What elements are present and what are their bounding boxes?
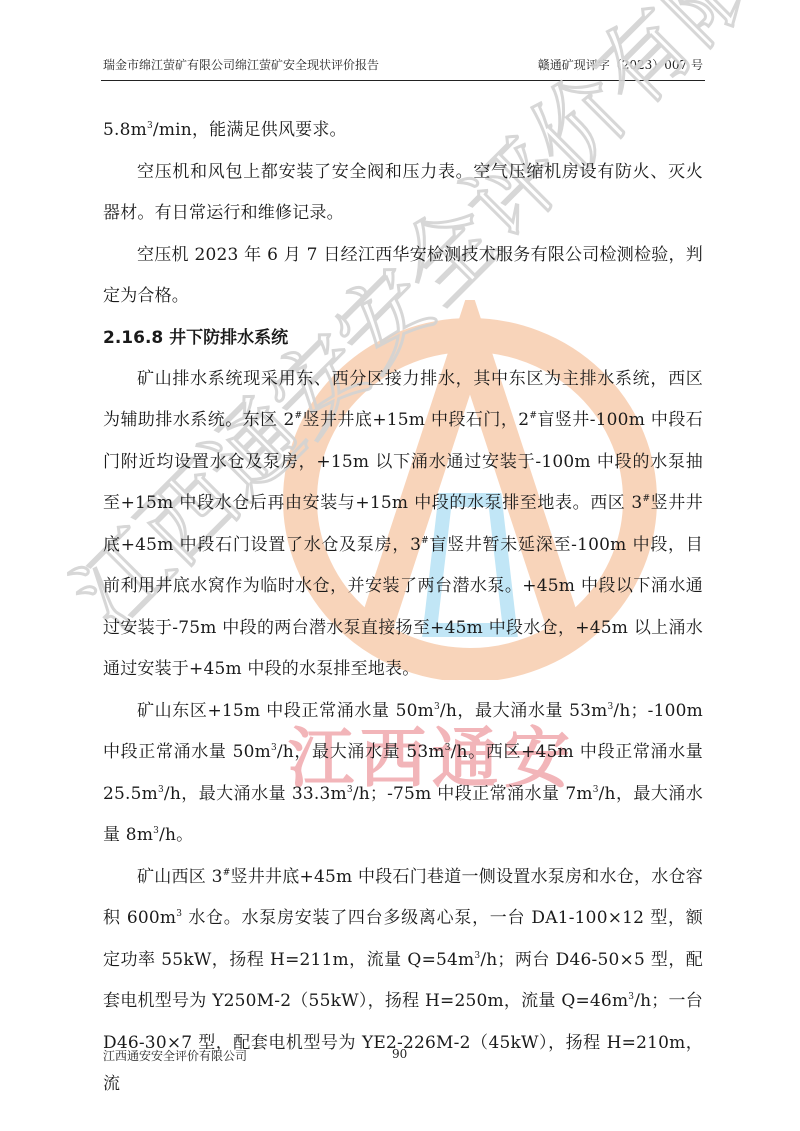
paragraph: 5.8m3/min，能满足供风要求。 [103, 110, 703, 152]
paragraph: 矿山排水系统现采用东、西分区接力排水，其中东区为主排水系统，西区为辅助排水系统。… [103, 359, 703, 691]
paragraph: 空压机 2023 年 6 月 7 日经江西华安检测技术服务有限公司检测检验，判定… [103, 235, 703, 318]
paragraph: 矿山东区+15m 中段正常涌水量 50m3/h，最大涌水量 53m3/h；-10… [103, 691, 703, 857]
report-title: 瑞金市绵江萤矿有限公司绵江萤矿安全现状评价报告 [103, 56, 379, 73]
page-header: 瑞金市绵江萤矿有限公司绵江萤矿安全现状评价报告 赣通矿现评字（2023）007 … [103, 56, 703, 76]
document-body: 5.8m3/min，能满足供风要求。 空压机和风包上都安装了安全阀和压力表。空气… [103, 110, 703, 1106]
section-heading: 2.16.8 井下防排水系统 [103, 318, 703, 359]
header-divider [101, 80, 705, 81]
paragraph: 矿山西区 3#竖井井底+45m 中段石门巷道一侧设置水泵房和水仓，水仓容积 60… [103, 857, 703, 1106]
report-number: 赣通矿现评字（2023）007 号 [538, 56, 703, 73]
paragraph: 空压机和风包上都安装了安全阀和压力表。空气压缩机房设有防火、灭火器材。有日常运行… [103, 152, 703, 235]
